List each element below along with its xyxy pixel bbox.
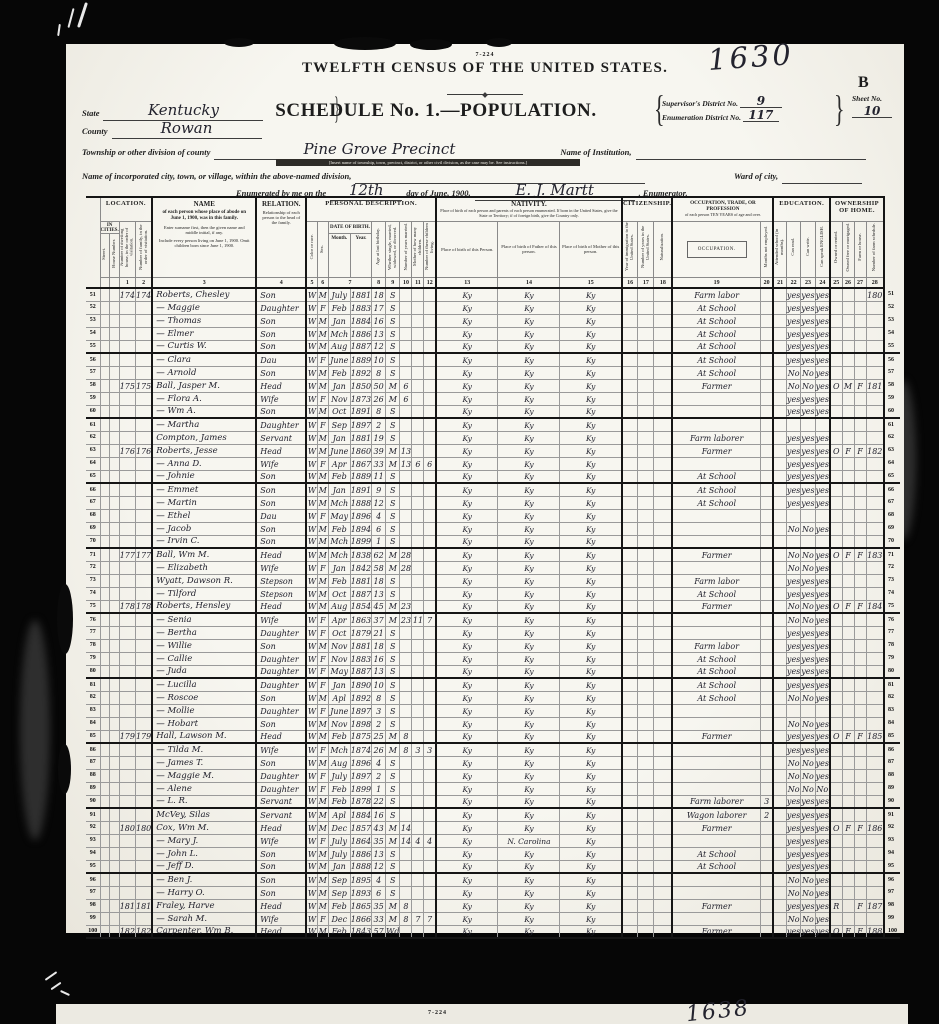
cell-mne [760, 522, 773, 535]
cell-occ: Farmer [672, 821, 760, 834]
cell-yrsus [638, 873, 654, 886]
cell-fam [135, 301, 152, 314]
cell-street [100, 288, 110, 301]
cell-fh: F [854, 548, 866, 561]
cell-moth [412, 587, 424, 600]
cell-age: 33 [372, 912, 386, 925]
cell-sex: M [317, 925, 328, 938]
cell-dw [119, 535, 135, 548]
cell-name: — Callie [152, 652, 256, 665]
cell-liv [424, 899, 436, 912]
cell-read: No [786, 613, 800, 626]
cell-own [830, 366, 842, 379]
cell-occ: At School [672, 314, 760, 327]
cell-fh [854, 795, 866, 808]
row-number-left: 86 [86, 743, 100, 756]
row-number-header-right [884, 197, 899, 288]
cell-month: Jan [328, 860, 350, 873]
row-number-right: 68 [884, 509, 899, 522]
row-number-right: 75 [884, 600, 899, 613]
cell-read: yes [786, 457, 800, 470]
row-number-right: 90 [884, 795, 899, 808]
cell-rel: Head [256, 548, 306, 561]
cell-moth [412, 769, 424, 782]
cell-liv [424, 652, 436, 665]
cell-age: 45 [372, 600, 386, 613]
cell-imm [622, 509, 638, 522]
cell-color: W [306, 496, 317, 509]
cell-month: Nov [328, 652, 350, 665]
cell-color: W [306, 860, 317, 873]
cell-read: yes [786, 314, 800, 327]
cell-yrsm [400, 535, 412, 548]
cell-read: yes [786, 431, 800, 444]
cell-street [100, 301, 110, 314]
table-row: 79— CallieDaughterWFNov188316SKyKyKyAt S… [86, 652, 899, 665]
cell-pobm: Ky [560, 496, 622, 509]
cell-house [110, 639, 120, 652]
cell-sex: F [317, 418, 328, 431]
cell-house [110, 847, 120, 860]
cell-month: Jan [328, 431, 350, 444]
cell-sched [866, 457, 884, 470]
cell-moth [412, 340, 424, 353]
cell-liv [424, 717, 436, 730]
cell-fm [842, 743, 854, 756]
cell-pobf: Ky [498, 587, 560, 600]
table-row: 91McVey, SilasServantWMApl188416SKyKyKyW… [86, 808, 899, 821]
title-rule [447, 94, 523, 95]
cell-dw [119, 522, 135, 535]
row-number-left: 68 [86, 509, 100, 522]
cell-liv [424, 405, 436, 418]
cell-moth [412, 756, 424, 769]
cell-sched [866, 405, 884, 418]
cell-house [110, 652, 120, 665]
cell-mar: M [386, 548, 400, 561]
cell-house [110, 912, 120, 925]
cell-year: 1890 [350, 678, 371, 691]
cell-color: W [306, 301, 317, 314]
cell-own [830, 353, 842, 366]
cell-write: No [801, 548, 815, 561]
cell-read: yes [786, 288, 800, 301]
cell-read: yes [786, 483, 800, 496]
cell-year: 1879 [350, 626, 371, 639]
cell-street [100, 834, 110, 847]
cell-moth [412, 639, 424, 652]
cell-pobm: Ky [560, 873, 622, 886]
row-number-left: 91 [86, 808, 100, 821]
cell-fam [135, 327, 152, 340]
cell-fm [842, 496, 854, 509]
cell-eng: yes [815, 652, 830, 665]
cell-fam [135, 587, 152, 600]
cell-fh: F [854, 925, 866, 938]
cell-mar: Wd [386, 925, 400, 938]
col-mother-of-children: Mother of how many children. [412, 221, 424, 277]
cell-sex: M [317, 730, 328, 743]
cell-write: No [801, 522, 815, 535]
cell-dw [119, 587, 135, 600]
row-number-right: 74 [884, 587, 899, 600]
cell-month: Jan [328, 314, 350, 327]
row-number-left: 62 [86, 431, 100, 444]
cell-fam [135, 873, 152, 886]
cell-color: W [306, 704, 317, 717]
cell-yrsm [400, 691, 412, 704]
cell-pob: Ky [436, 665, 498, 678]
cell-moth: 6 [412, 457, 424, 470]
cell-occ [672, 782, 760, 795]
cell-own [830, 652, 842, 665]
cell-write: No [801, 912, 815, 925]
table-row: 88— Maggie M.DaughterWFJuly18972SKyKyKyN… [86, 769, 899, 782]
cell-house [110, 522, 120, 535]
cell-moth [412, 808, 424, 821]
cell-house [110, 444, 120, 457]
cell-name: — Tilda M. [152, 743, 256, 756]
row-number-right: 80 [884, 665, 899, 678]
cell-pobf: Ky [498, 925, 560, 938]
cell-eng: yes [815, 717, 830, 730]
row-number-right: 99 [884, 912, 899, 925]
cell-dw: 177 [119, 548, 135, 561]
row-number-right: 58 [884, 379, 899, 392]
cell-rel: Son [256, 327, 306, 340]
cell-month: Feb [328, 574, 350, 587]
cell-mar: S [386, 756, 400, 769]
cell-imm [622, 405, 638, 418]
cell-street [100, 509, 110, 522]
col-attended-school: Attended school (in months). [773, 221, 786, 277]
cell-imm [622, 522, 638, 535]
cell-street [100, 626, 110, 639]
cell-mne [760, 912, 773, 925]
cell-mar: S [386, 301, 400, 314]
cell-att [773, 548, 786, 561]
cell-pobf: Ky [498, 691, 560, 704]
row-number-left: 78 [86, 639, 100, 652]
cell-name: — Tilford [152, 587, 256, 600]
cell-month: Mch [328, 535, 350, 548]
table-row: 51174174Roberts, ChesleySonWMJuly188118S… [86, 288, 899, 301]
table-row: 63176176Roberts, JesseHeadWMJune186039M1… [86, 444, 899, 457]
row-number-right: 73 [884, 574, 899, 587]
cell-month: Feb [328, 470, 350, 483]
cell-pobm: Ky [560, 912, 622, 925]
cell-fam [135, 795, 152, 808]
cell-age: 26 [372, 392, 386, 405]
month-label: Month. [328, 234, 350, 278]
cell-rel: Son [256, 860, 306, 873]
cell-street [100, 470, 110, 483]
row-number-right: 83 [884, 704, 899, 717]
cell-imm [622, 353, 638, 366]
cell-fam [135, 366, 152, 379]
cell-pobm: Ky [560, 418, 622, 431]
cell-name: — Hobart [152, 717, 256, 730]
cell-age: 1 [372, 782, 386, 795]
cell-fam [135, 574, 152, 587]
cell-age: 62 [372, 548, 386, 561]
cell-year: 1850 [350, 379, 371, 392]
cell-yrsm [400, 782, 412, 795]
cell-pob: Ky [436, 548, 498, 561]
cell-color: W [306, 782, 317, 795]
cell-eng: yes [815, 769, 830, 782]
cell-yrsus [638, 743, 654, 756]
cell-write: No [801, 717, 815, 730]
cell-name: Carpenter, Wm B. [152, 925, 256, 938]
cell-pobm: Ky [560, 769, 622, 782]
row-number-left: 67 [86, 496, 100, 509]
cell-street [100, 587, 110, 600]
cell-sched: 181 [866, 379, 884, 392]
cell-sched [866, 847, 884, 860]
cell-name: — Maggie [152, 301, 256, 314]
cell-fam [135, 912, 152, 925]
cell-dw [119, 665, 135, 678]
cell-street [100, 795, 110, 808]
cell-age: 18 [372, 639, 386, 652]
cell-yrsus [638, 600, 654, 613]
cell-mne [760, 769, 773, 782]
row-number-left: 92 [86, 821, 100, 834]
cell-moth [412, 444, 424, 457]
cell-yrsus [638, 496, 654, 509]
row-number-left: 57 [86, 366, 100, 379]
cell-pob: Ky [436, 340, 498, 353]
cell-pobf: Ky [498, 444, 560, 457]
district-block: Supervisor's District No. 9 Enumeration … [662, 94, 840, 122]
cell-liv [424, 886, 436, 899]
row-number-right: 52 [884, 301, 899, 314]
cell-age: 16 [372, 314, 386, 327]
cell-occ [672, 392, 760, 405]
cell-liv: 6 [424, 457, 436, 470]
cell-att [773, 470, 786, 483]
cell-fh [854, 392, 866, 405]
film-scratch [57, 24, 61, 36]
cell-age: 2 [372, 717, 386, 730]
cell-dw [119, 678, 135, 691]
cell-occ: At School [672, 353, 760, 366]
row-number-right: 70 [884, 535, 899, 548]
supervisor-value: 9 [757, 94, 765, 108]
col-street: Street. [100, 234, 110, 278]
cell-age: 50 [372, 379, 386, 392]
cell-mne [760, 704, 773, 717]
cell-year: 1897 [350, 418, 371, 431]
row-number-left: 72 [86, 561, 100, 574]
cell-imm [622, 821, 638, 834]
cell-yrsus [638, 639, 654, 652]
cell-house [110, 535, 120, 548]
cell-name: — Sarah M. [152, 912, 256, 925]
cell-eng: yes [815, 327, 830, 340]
cell-age: 18 [372, 574, 386, 587]
cell-dw [119, 353, 135, 366]
sheet-block: Sheet No. 10 [852, 94, 892, 118]
cell-age: 43 [372, 821, 386, 834]
cell-yrsm [400, 522, 412, 535]
cell-occ: At School [672, 860, 760, 873]
cell-year: 1886 [350, 847, 371, 860]
cell-pob: Ky [436, 821, 498, 834]
cell-fm [842, 470, 854, 483]
cell-street [100, 860, 110, 873]
cell-fh: F [854, 444, 866, 457]
cell-read: yes [786, 860, 800, 873]
cell-pob: Ky [436, 912, 498, 925]
cell-street [100, 743, 110, 756]
cell-house [110, 613, 120, 626]
cell-rel: Wife [256, 457, 306, 470]
cell-mne: 2 [760, 808, 773, 821]
cell-occ: Wagon laborer [672, 808, 760, 821]
cell-write: yes [801, 301, 815, 314]
col-months-not-employed: Months not employed. [760, 221, 773, 277]
cell-pob: Ky [436, 470, 498, 483]
row-number-left: 74 [86, 587, 100, 600]
cell-pobf: Ky [498, 340, 560, 353]
cell-pobm: Ky [560, 834, 622, 847]
cell-fh: F [854, 600, 866, 613]
cell-pobf: Ky [498, 353, 560, 366]
cell-mne [760, 301, 773, 314]
cell-sched [866, 795, 884, 808]
cell-mne [760, 756, 773, 769]
cell-imm [622, 574, 638, 587]
cell-nat [654, 756, 673, 769]
cell-rel: Head [256, 925, 306, 938]
cell-sex: M [317, 821, 328, 834]
cell-read: yes [786, 639, 800, 652]
name-header: NAME of each person whose place of abode… [152, 197, 256, 277]
sheet-letter: B [858, 74, 869, 92]
cell-att [773, 535, 786, 548]
cell-year: 1889 [350, 353, 371, 366]
table-row: 95— Jeff D.SonWMJan188812SKyKyKyAt Schoo… [86, 860, 899, 873]
row-number-left: 53 [86, 314, 100, 327]
row-number-left: 66 [86, 483, 100, 496]
cell-mar: S [386, 483, 400, 496]
cell-pob: Ky [436, 899, 498, 912]
cell-age: 4 [372, 873, 386, 886]
table-row: 61— MarthaDaughterWFSep18972SKyKyKy61 [86, 418, 899, 431]
cell-street [100, 639, 110, 652]
cell-att [773, 886, 786, 899]
cell-fam [135, 470, 152, 483]
relation-header: RELATION. Relationship of each person to… [256, 197, 306, 277]
cell-mne [760, 886, 773, 899]
cell-sex: F [317, 665, 328, 678]
row-number-left: 71 [86, 548, 100, 561]
cell-fm [842, 587, 854, 600]
row-number-left: 59 [86, 392, 100, 405]
row-number-right: 62 [884, 431, 899, 444]
bottom-handwritten-number: 1638 [685, 996, 751, 1024]
cell-dw [119, 613, 135, 626]
cell-eng: yes [815, 522, 830, 535]
cell-pobm: Ky [560, 860, 622, 873]
cell-occ: At School [672, 587, 760, 600]
cell-read: yes [786, 327, 800, 340]
cell-street [100, 821, 110, 834]
cell-street [100, 652, 110, 665]
cell-liv [424, 769, 436, 782]
row-number-left: 99 [86, 912, 100, 925]
cell-eng: yes [815, 795, 830, 808]
cell-pobm: Ky [560, 288, 622, 301]
cell-house [110, 457, 120, 470]
cell-nat [654, 366, 673, 379]
cell-sex: M [317, 535, 328, 548]
table-row: 53— ThomasSonWMJan188416SKyKyKyAt School… [86, 314, 899, 327]
cell-rel: Head [256, 730, 306, 743]
cell-imm [622, 691, 638, 704]
cell-pobf: Ky [498, 704, 560, 717]
cell-yrsm: 14 [400, 834, 412, 847]
cell-rel: Son [256, 847, 306, 860]
cell-yrsus [638, 717, 654, 730]
cell-att [773, 613, 786, 626]
cell-pobm: Ky [560, 314, 622, 327]
cell-liv [424, 691, 436, 704]
cell-imm [622, 847, 638, 860]
cell-yrsus [638, 847, 654, 860]
cell-mar: M [386, 613, 400, 626]
cell-eng: yes [815, 743, 830, 756]
cell-pobf: Ky [498, 678, 560, 691]
cell-year: 1881 [350, 431, 371, 444]
ward-row: Ward of city, [734, 165, 862, 184]
table-row: 66— EmmetSonWMJan18919SKyKyKyAt Schoolye… [86, 483, 899, 496]
cell-write: yes [801, 652, 815, 665]
cell-yrsm [400, 860, 412, 873]
cell-yrsm: 8 [400, 730, 412, 743]
cell-read: yes [786, 899, 800, 912]
cell-color: W [306, 444, 317, 457]
cell-street [100, 327, 110, 340]
cell-sched [866, 860, 884, 873]
cell-color: W [306, 769, 317, 782]
cell-fh [854, 639, 866, 652]
row-number-right: 91 [884, 808, 899, 821]
cell-fm: F [842, 925, 854, 938]
cell-street [100, 769, 110, 782]
cell-eng: yes [815, 405, 830, 418]
cell-nat [654, 483, 673, 496]
cell-write: yes [801, 327, 815, 340]
cell-month: July [328, 834, 350, 847]
cell-occ [672, 717, 760, 730]
cell-fh [854, 912, 866, 925]
cell-eng: yes [815, 626, 830, 639]
cell-sched [866, 691, 884, 704]
row-number-right: 94 [884, 847, 899, 860]
row-number-right: 92 [884, 821, 899, 834]
cell-imm [622, 444, 638, 457]
cell-yrsm: 28 [400, 561, 412, 574]
cell-fh [854, 587, 866, 600]
col-immigration-year: Year of immigration to the United States… [622, 221, 638, 277]
col-owned-rented: Owned or rented. [830, 221, 842, 277]
cell-occ: Farm labor [672, 574, 760, 587]
cell-write: No [801, 782, 815, 795]
cell-sched [866, 340, 884, 353]
